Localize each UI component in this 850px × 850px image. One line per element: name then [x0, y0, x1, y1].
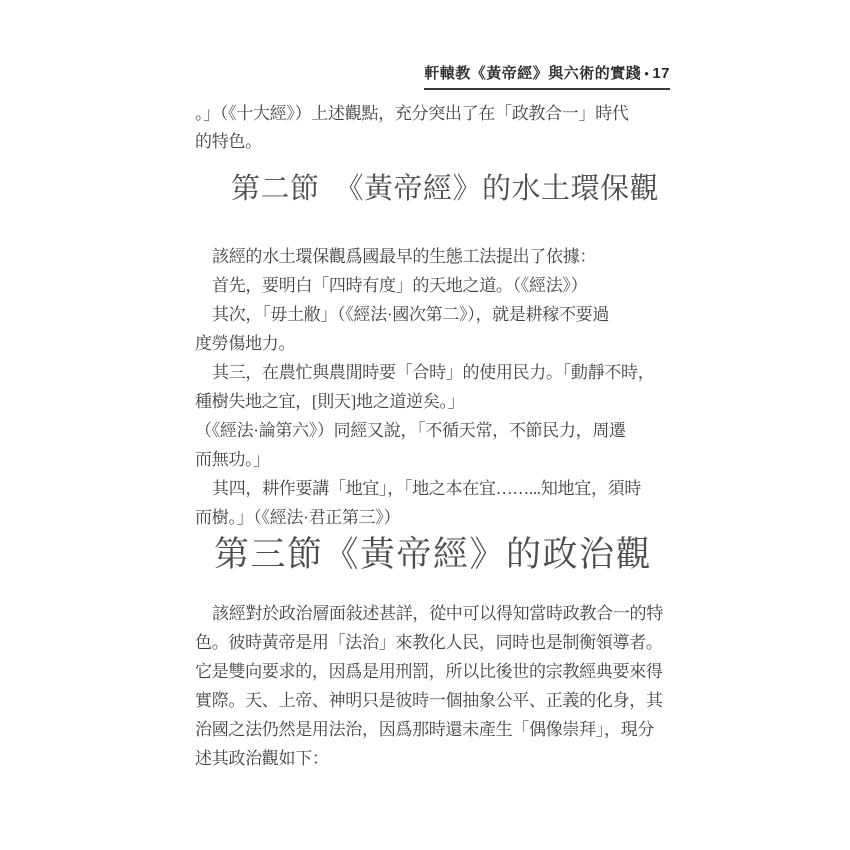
- text-line: 治國之法仍然是用法治，因爲那時還未產生「偶像崇拜」，現分: [195, 715, 685, 744]
- text-line: 的特色。: [195, 127, 685, 156]
- section-3-heading: 第三節《黃帝經》的政治觀: [214, 527, 652, 577]
- page-number: 17: [652, 65, 670, 82]
- text-line: 它是雙向要求的，因爲是用刑罰，所以比後世的宗教經典要來得: [195, 657, 685, 686]
- text-line: 首先，要明白「四時有度」的天地之道。（《經法》）: [195, 271, 702, 300]
- text-line: 種樹失地之宜，[則天]地之道逆矣。」: [195, 387, 685, 416]
- book-page: 軒轅教《黃帝經》與六術的實踐•17 。」（《十大經》）上述觀點，充分突出了在「政…: [0, 0, 850, 850]
- text-line: 述其政治觀如下：: [195, 744, 685, 773]
- text-line: 該經對於政治層面敍述甚詳，從中可以得知當時政教合一的特: [195, 599, 702, 628]
- text-line: 其三，在農忙與農閒時要「合時」的使用民力。「動靜不時，: [195, 358, 702, 387]
- text-line: 其次，「毋土敝」（《經法·國次第二》），就是耕稼不要過: [195, 300, 702, 329]
- text-line: 而無功。」: [195, 445, 685, 474]
- header-bullet: •: [641, 66, 652, 81]
- running-header-title: 軒轅教《黃帝經》與六術的實踐: [424, 66, 641, 82]
- running-header: 軒轅教《黃帝經》與六術的實踐•17: [424, 62, 670, 90]
- text-line: 該經的水土環保觀爲國最早的生態工法提出了依據：: [195, 242, 702, 271]
- text-line: 度勞傷地力。: [195, 329, 685, 358]
- text-line: 。」（《十大經》）上述觀點，充分突出了在「政教合一」時代: [195, 99, 685, 128]
- text-line: 色。彼時黃帝是用「法治」來教化人民，同時也是制衡領導者。: [195, 628, 685, 657]
- text-line: （《經法·論第六》）同經又說，「不循天常，不節民力，周遷: [195, 416, 685, 445]
- section-2-heading: 第二節 《黃帝經》的水土環保觀: [231, 166, 659, 207]
- text-line: 其四，耕作要講「地宜」，「地之本在宜……...知地宜，須時: [195, 474, 702, 503]
- text-line: 實際。天、上帝、神明只是彼時一個抽象公平、正義的化身，其: [195, 686, 685, 715]
